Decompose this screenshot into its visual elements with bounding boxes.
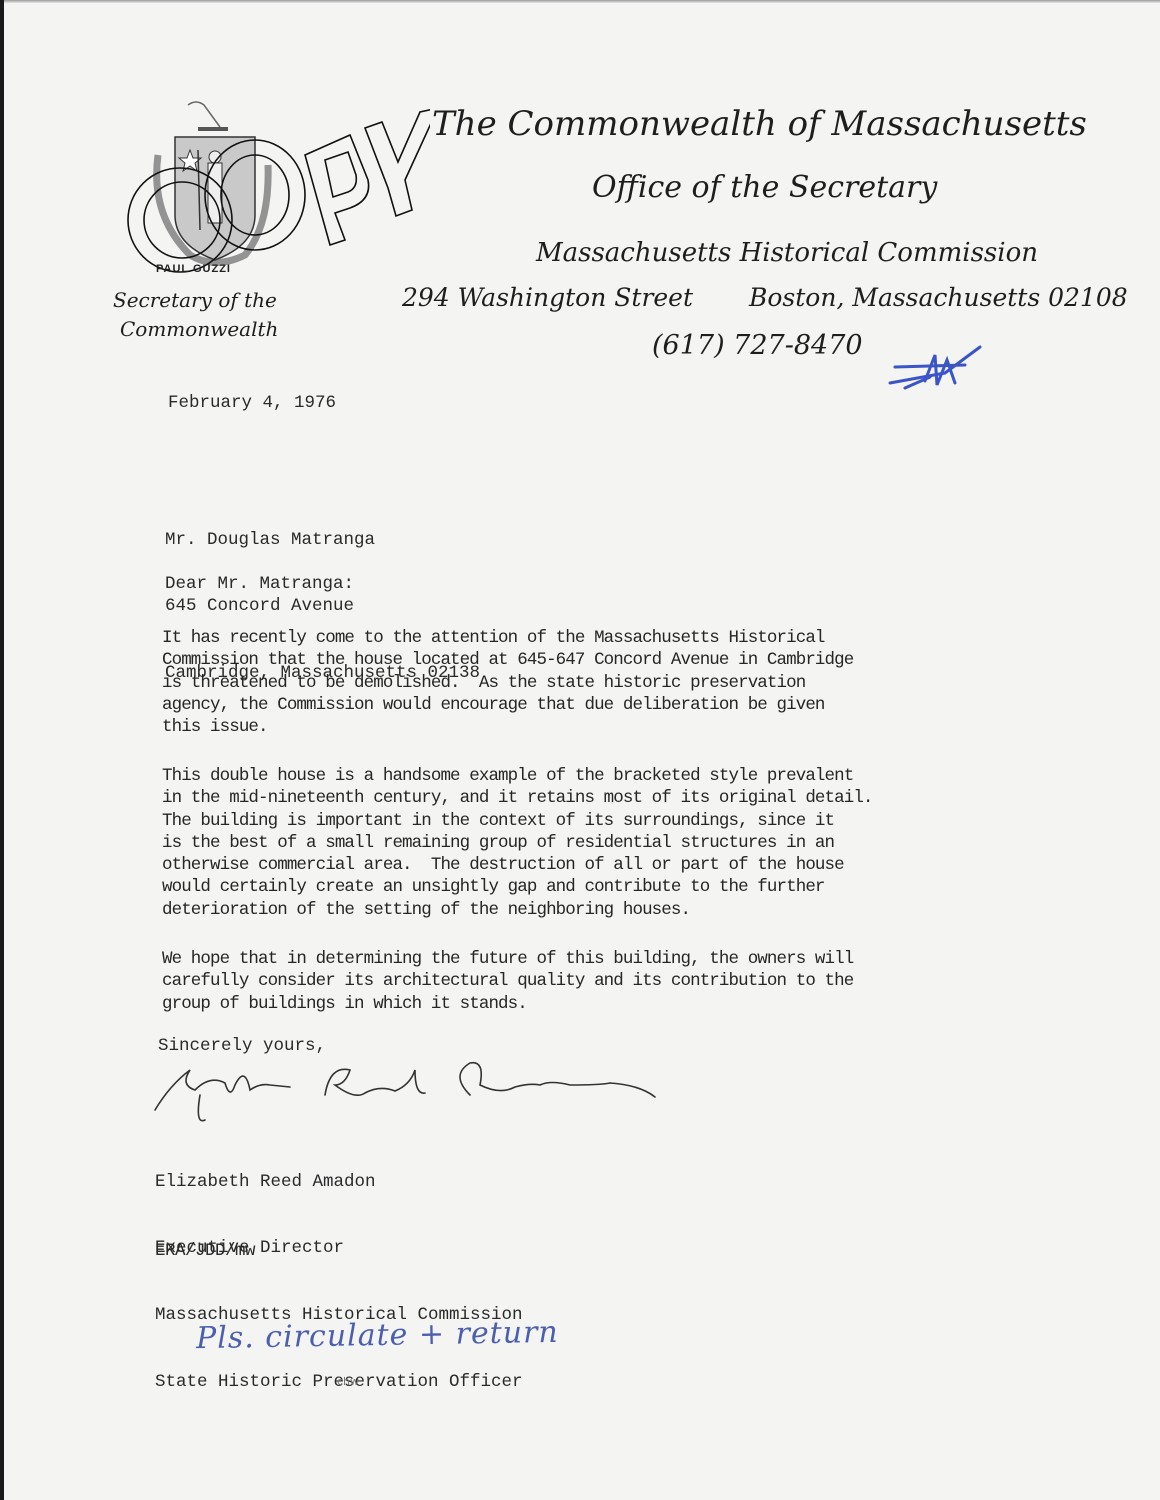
paragraph-line: This double house is a handsome example … [162,765,1022,787]
secretary-title-line1: Secretary of the [113,288,277,312]
body-paragraph-3: We hope that in determining the future o… [162,948,1022,1015]
letterhead-office: Office of the Secretary [592,170,937,205]
paragraph-line: would certainly create an unsightly gap … [162,876,1022,898]
paragraph-line: this issue. [162,716,1022,738]
handwritten-initials: chw [337,1375,359,1388]
page-left-edge [0,0,4,1500]
seal-name: PAUL GUZZI [156,263,231,275]
handwritten-initials-mark-icon [885,345,985,390]
salutation: Dear Mr. Matranga: [165,573,354,595]
paragraph-line: The building is important in the context… [162,810,1022,832]
paragraph-line: agency, the Commission would encourage t… [162,694,1022,716]
letterhead-city: Boston, Massachusetts 02108 [749,283,1128,312]
signature-block: Elizabeth Reed Amadon Executive Director… [155,1126,523,1416]
paragraph-line: It has recently come to the attention of… [162,627,1022,649]
paragraph-line: group of buildings in which it stands. [162,993,1022,1015]
paragraph-line: carefully consider its architectural qua… [162,970,1022,992]
letterhead-commission: Massachusetts Historical Commission [536,238,1038,268]
paragraph-line: We hope that in determining the future o… [162,948,1022,970]
paragraph-line: in the mid-nineteenth century, and it re… [162,787,1022,809]
recipient-name: Mr. Douglas Matranga [165,529,480,551]
letter-date: February 4, 1976 [168,392,336,414]
copy-stamp-icon [120,100,430,290]
recipient-street: 645 Concord Avenue [165,595,480,617]
paragraph-line: is the best of a small remaining group o… [162,832,1022,854]
closing: Sincerely yours, [158,1035,326,1057]
letterhead-street: 294 Washington Street [402,283,693,312]
paragraph-line: otherwise commercial area. The destructi… [162,854,1022,876]
body-paragraph-1: It has recently come to the attention of… [162,627,1022,738]
letterhead-phone: (617) 727-8470 [652,330,863,361]
paragraph-line: deterioration of the setting of the neig… [162,899,1022,921]
handwritten-note: Pls. circulate + return [196,1315,559,1356]
reference-initials: ERA/JDD/mw [155,1240,255,1262]
letterhead-title: The Commonwealth of Massachusetts [432,104,1087,144]
paragraph-line: is threatened to be demolished. As the s… [162,672,1022,694]
paragraph-line: Commission that the house located at 645… [162,649,1022,671]
handwritten-signature-icon [150,1055,670,1130]
signer-name: Elizabeth Reed Amadon [155,1171,523,1193]
page-top-edge [0,0,1160,3]
secretary-title-line2: Commonwealth [120,317,278,341]
body-paragraph-2: This double house is a handsome example … [162,765,1022,921]
